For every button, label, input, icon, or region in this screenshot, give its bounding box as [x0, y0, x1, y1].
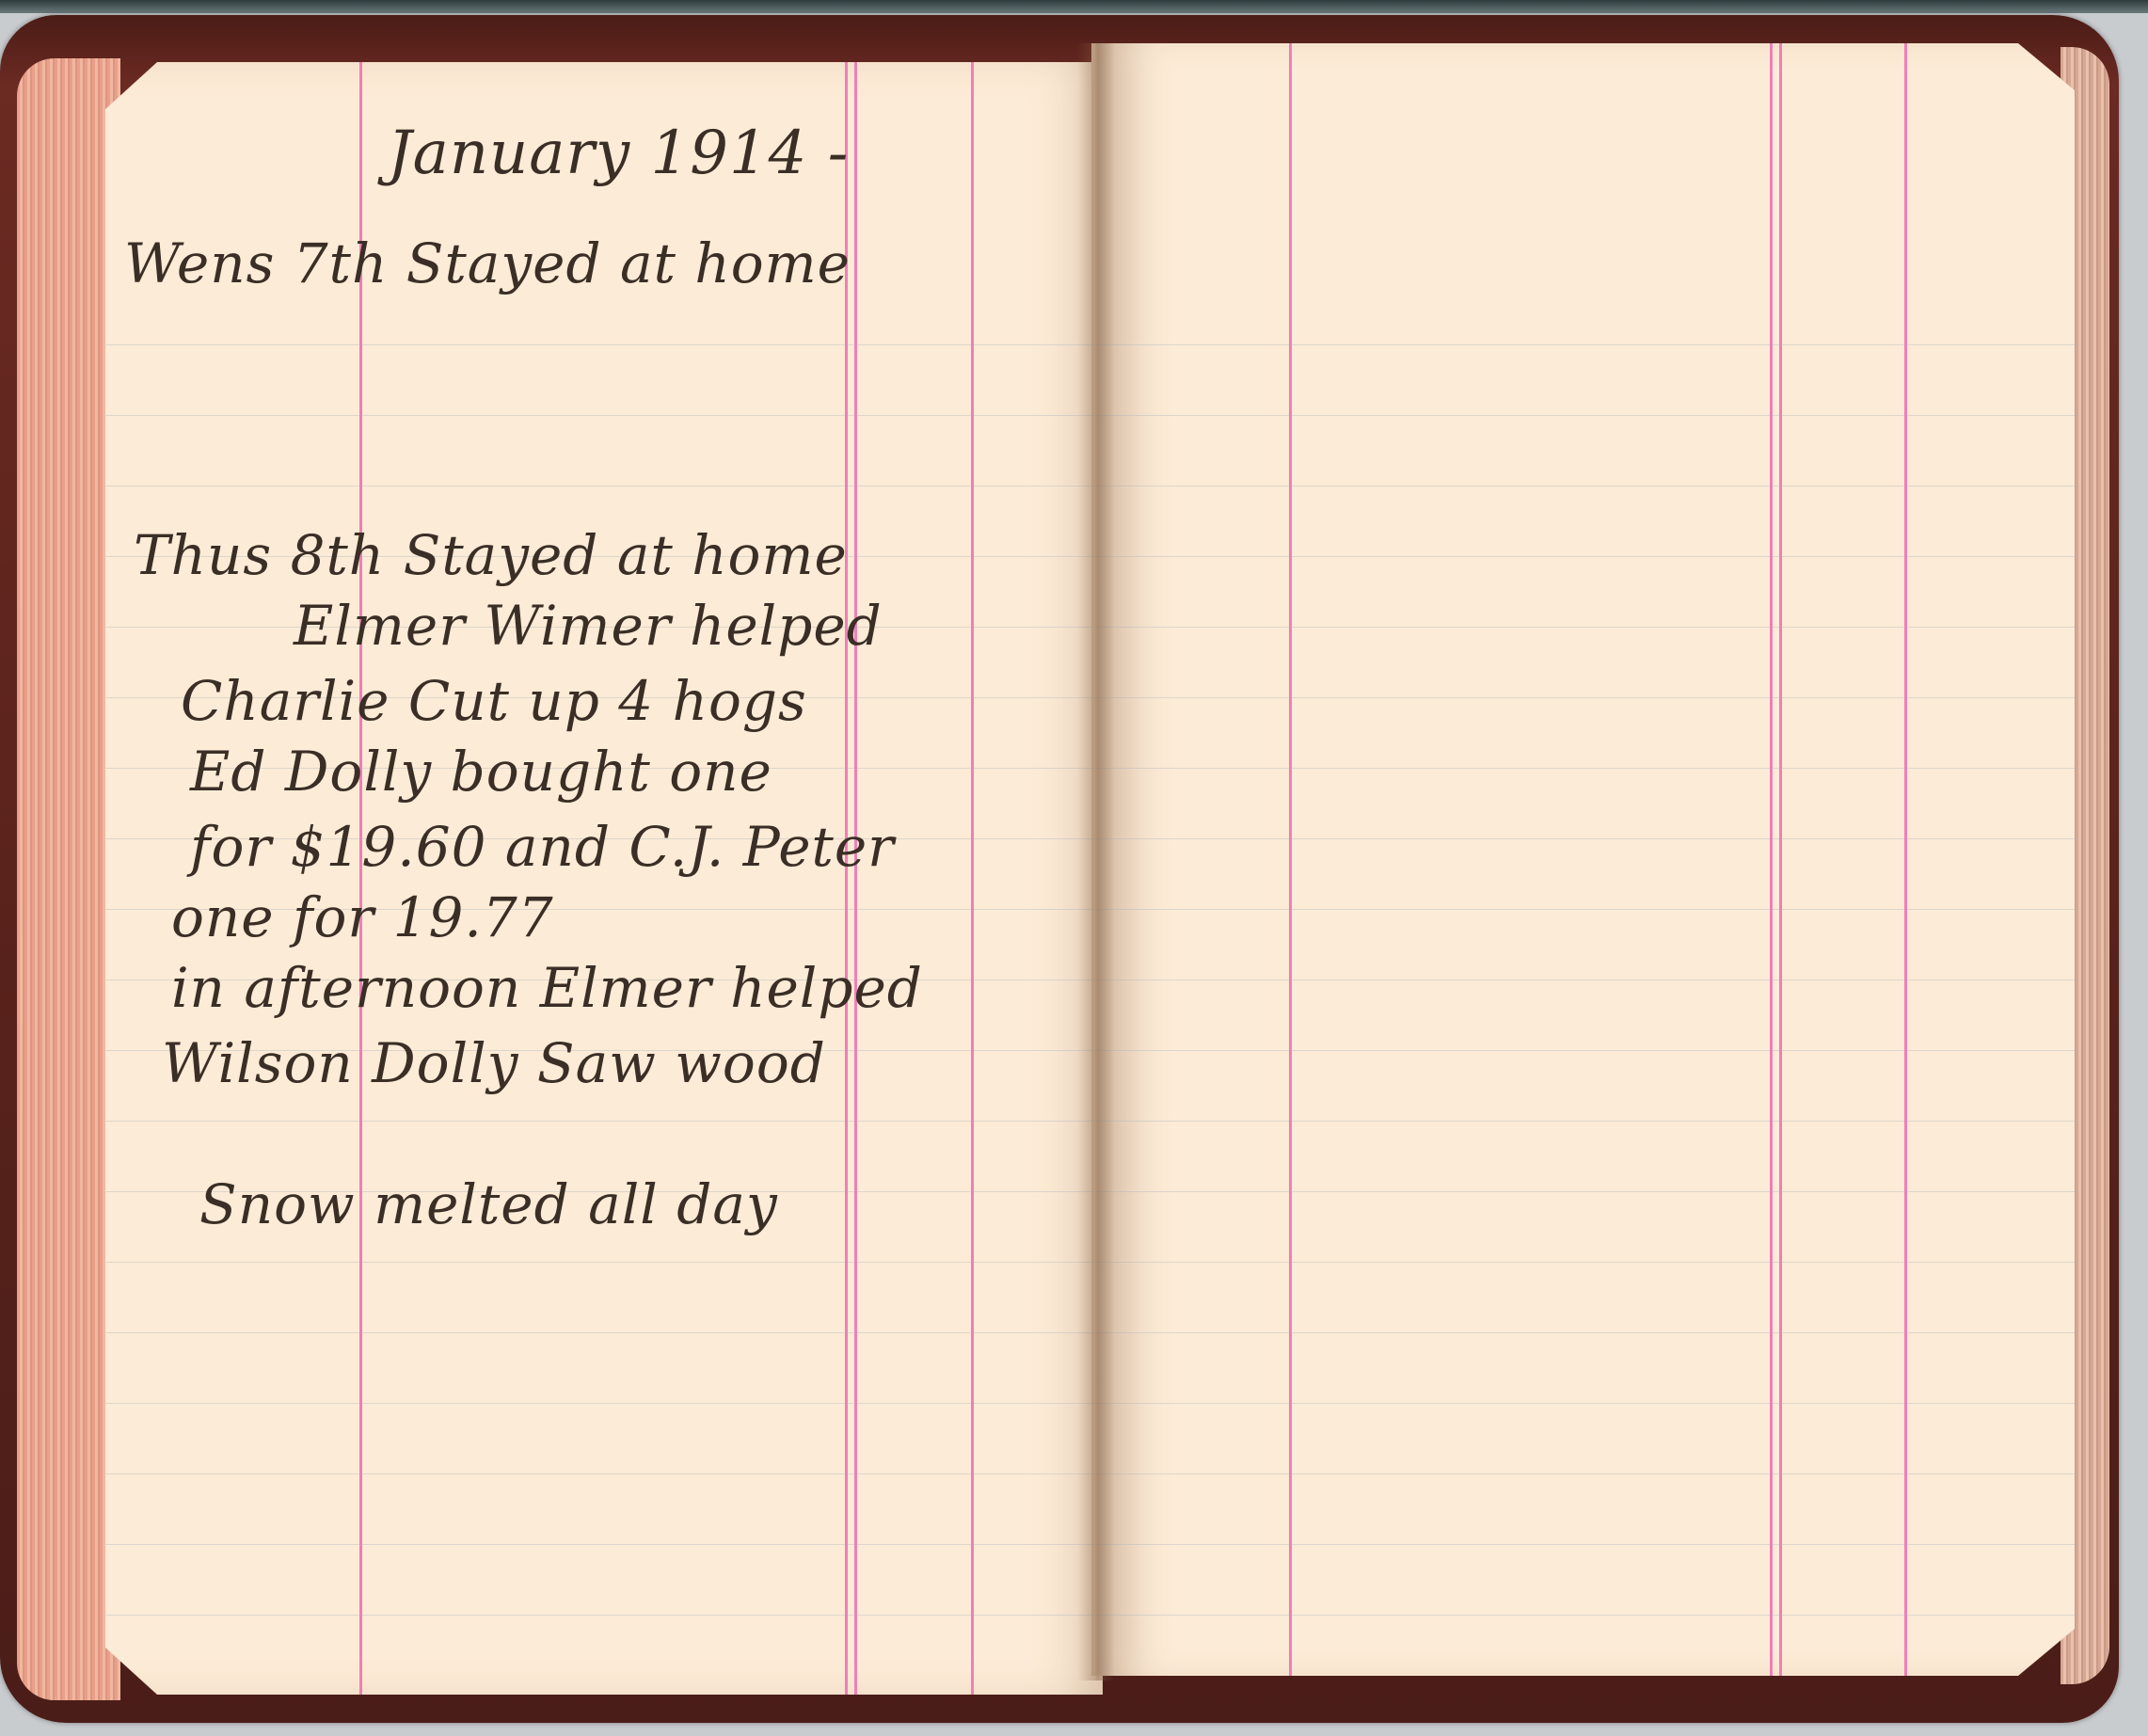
- book-spine-gutter: [1077, 43, 1115, 1680]
- ruled-line: [1091, 1403, 2075, 1404]
- page-heading: January 1914 -: [388, 119, 849, 188]
- left-page-edges: [17, 58, 120, 1700]
- diary-entry: in afternoon Elmer helped: [171, 956, 923, 1020]
- ruled-line: [1091, 909, 2075, 910]
- ruled-line: [1091, 1473, 2075, 1474]
- scanner-bed-edge: [0, 0, 2148, 13]
- ruled-line: [105, 1332, 1103, 1333]
- ruled-line: [1091, 1191, 2075, 1192]
- column-rule: [1770, 43, 1773, 1676]
- diary-entry: Wilson Dolly Saw wood: [162, 1031, 826, 1095]
- right-page: [1091, 43, 2075, 1676]
- ruled-line: [1091, 1615, 2075, 1616]
- ruled-line: [105, 1544, 1103, 1545]
- column-rule: [1779, 43, 1782, 1676]
- column-rule: [1904, 43, 1907, 1676]
- ruled-line: [105, 344, 1103, 345]
- left-page: January 1914 - Wens 7th Stayed at home T…: [105, 62, 1103, 1695]
- margin-rule: [1289, 43, 1292, 1676]
- ruled-line: [105, 415, 1103, 416]
- ruled-line: [1091, 768, 2075, 769]
- ruled-line: [1091, 1121, 2075, 1122]
- diary-entry: Charlie Cut up 4 hogs: [181, 669, 807, 733]
- diary-entry: one for 19.77: [171, 885, 554, 949]
- diary-entry: Ed Dolly bought one: [190, 740, 772, 804]
- ruled-line: [105, 1403, 1103, 1404]
- ruled-line: [1091, 627, 2075, 628]
- ruled-line: [105, 1262, 1103, 1263]
- diary-entry: Snow melted all day: [199, 1172, 778, 1236]
- ruled-line: [1091, 1544, 2075, 1545]
- diary-entry: Elmer Wimer helped: [294, 594, 883, 658]
- diary-entry: for $19.60 and C.J. Peter: [190, 815, 895, 879]
- ruled-line: [1091, 1332, 2075, 1333]
- ruled-line: [105, 1121, 1103, 1122]
- ruled-line: [105, 1473, 1103, 1474]
- ruled-line: [1091, 486, 2075, 486]
- ruled-line: [1091, 415, 2075, 416]
- ruled-line: [1091, 1050, 2075, 1051]
- column-rule: [971, 62, 974, 1695]
- ruled-line: [1091, 1262, 2075, 1263]
- diary-entry: Wens 7th Stayed at home: [124, 231, 851, 295]
- ruled-line: [105, 486, 1103, 486]
- ruled-line: [1091, 344, 2075, 345]
- diary-entry: Thus 8th Stayed at home: [134, 523, 848, 587]
- ruled-line: [105, 1615, 1103, 1616]
- ruled-line: [1091, 979, 2075, 980]
- ruled-line: [1091, 838, 2075, 839]
- ruled-line: [1091, 556, 2075, 557]
- ruled-line: [1091, 697, 2075, 698]
